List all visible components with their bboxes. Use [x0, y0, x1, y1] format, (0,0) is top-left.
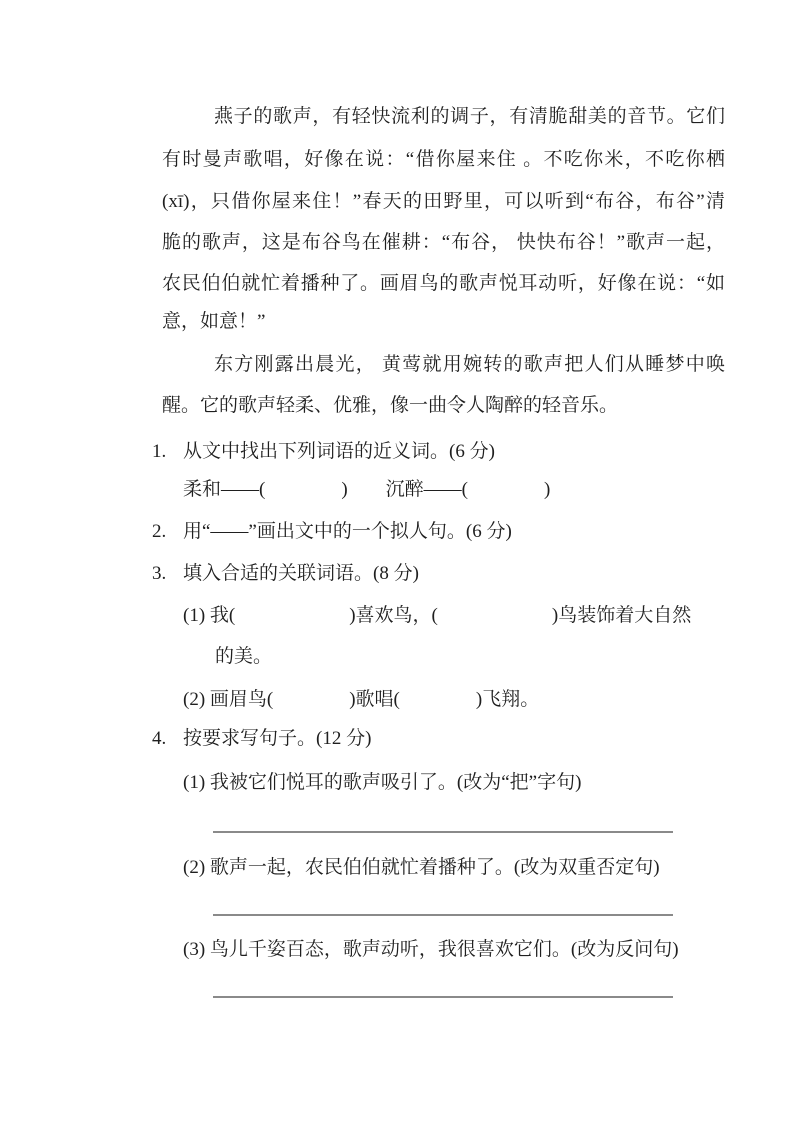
chinese-reading-worksheet: 燕子的歌声，有轻快流利的调子，有清脆甜美的音节。它们 有时曼声歌唱，好像在说：“… [0, 0, 793, 1122]
question-4-number: 4. [152, 725, 183, 753]
passage-p2-line2: 醒。它的歌声轻柔、优雅，像一曲令人陶醉的轻音乐。 [162, 392, 725, 420]
question-2-text: 用“——”画出文中的一个拟人句。(6 分) [183, 521, 512, 542]
answer-underline-1 [213, 831, 673, 833]
answer-underline-2 [213, 914, 673, 916]
question-3: 3.填入合适的关联词语。(8 分) [152, 560, 752, 588]
passage-p1-line6: 意，如意！” [162, 308, 725, 336]
question-1-number: 1. [152, 438, 183, 466]
passage-p2-line1: 东方刚露出晨光， 黄莺就用婉转的歌声把人们从睡梦中唤 [162, 351, 725, 379]
question-1-blank-row: 柔和——( ) 沉醉——( ) [183, 476, 763, 504]
question-3-item2: (2) 画眉鸟( )歌唱( )飞翔。 [183, 686, 763, 714]
question-4-item1: (1) 我被它们悦耳的歌声吸引了。(改为“把”字句) [183, 769, 763, 797]
question-4-item2: (2) 歌声一起，农民伯伯就忙着播种了。(改为双重否定句) [183, 854, 763, 882]
passage-p1-line1: 燕子的歌声，有轻快流利的调子，有清脆甜美的音节。它们 [162, 103, 725, 131]
passage-p1-line5: 农民伯伯就忙着播种了。画眉鸟的歌声悦耳动听，好像在说：“如 [162, 270, 725, 298]
question-3-text: 填入合适的关联词语。(8 分) [183, 563, 419, 584]
question-1-text: 从文中找出下列词语的近义词。(6 分) [183, 441, 495, 462]
question-3-item1-continuation: 的美。 [215, 643, 755, 671]
question-4-item3: (3) 鸟儿千姿百态，歌声动听，我很喜欢它们。(改为反问句) [183, 936, 763, 964]
question-3-number: 3. [152, 560, 183, 588]
question-4: 4.按要求写句子。(12 分) [152, 725, 752, 753]
question-1: 1.从文中找出下列词语的近义词。(6 分) [152, 438, 752, 466]
question-3-item1: (1) 我( )喜欢鸟，( )鸟装饰着大自然 [183, 602, 763, 630]
question-4-text: 按要求写句子。(12 分) [183, 728, 371, 749]
passage-p1-line4: 脆的歌声，这是布谷鸟在催耕：“布谷， 快快布谷！”歌声一起， [162, 229, 725, 257]
question-2-number: 2. [152, 518, 183, 546]
answer-underline-3 [213, 996, 673, 998]
passage-p1-line2: 有时曼声歌唱，好像在说：“借你屋来住 。不吃你米，不吃你栖 [162, 146, 725, 174]
question-2: 2.用“——”画出文中的一个拟人句。(6 分) [152, 518, 752, 546]
passage-p1-line3: (xī)，只借你屋来住！”春天的田野里，可以听到“布谷，布谷”清 [162, 188, 725, 216]
